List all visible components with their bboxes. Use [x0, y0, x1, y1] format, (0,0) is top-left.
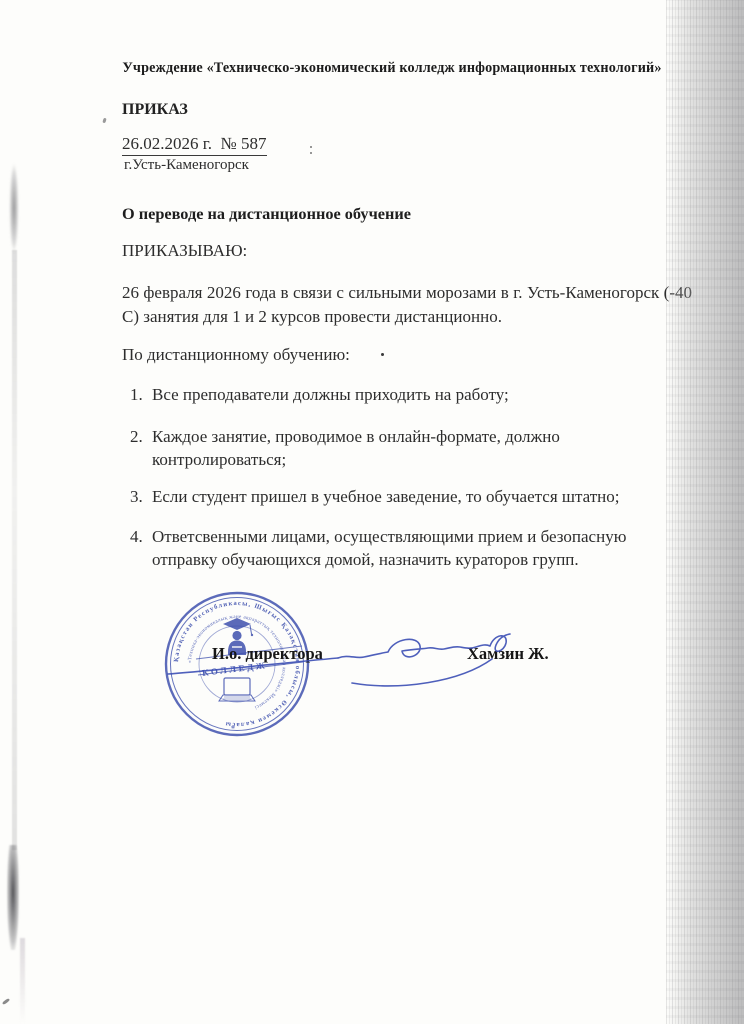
- order-word: ПРИКАЗЫВАЮ:: [122, 241, 247, 261]
- item-text: Каждое занятие, проводимое в онлайн-форм…: [152, 425, 582, 471]
- item-number: 2.: [130, 425, 152, 471]
- order-item-3: 3. Если студент пришел в учебное заведен…: [130, 485, 619, 508]
- scan-streak-left-bottom: [20, 938, 25, 1024]
- document-type-heading: ПРИКАЗ: [122, 101, 188, 119]
- order-item-4: 4. Ответсвенными лицами, осуществляющими…: [130, 525, 632, 571]
- list-intro: По дистанционному обучению:: [122, 345, 350, 365]
- signer-name: Хамзин Ж.: [467, 644, 549, 664]
- scan-speck: [310, 152, 312, 154]
- college-round-stamp: Қазақстан Республикасы, Шығыс Қазақстан …: [162, 589, 312, 739]
- scan-streak-left-lower: [7, 845, 19, 950]
- scanned-order-document: Учреждение «Техническо-экономический кол…: [0, 0, 744, 1024]
- order-subject: О переводе на дистанционное обучение: [122, 204, 411, 224]
- scan-speck: [381, 353, 384, 356]
- organization-title: Учреждение «Техническо-экономический кол…: [92, 60, 692, 77]
- order-item-2: 2. Каждое занятие, проводимое в онлайн-ф…: [130, 425, 582, 471]
- item-number: 1.: [130, 383, 152, 406]
- order-item-1: 1. Все преподаватели должны приходить на…: [130, 383, 509, 406]
- item-text: Если студент пришел в учебное заведение,…: [152, 485, 619, 508]
- item-text: Все преподаватели должны приходить на ра…: [152, 383, 509, 406]
- item-text: Ответсвенными лицами, осуществляющими пр…: [152, 525, 632, 571]
- scan-edge-shadow-right: [666, 0, 744, 1024]
- item-number: 3.: [130, 485, 152, 508]
- order-body-paragraph: 26 февраля 2026 года в связи с сильными …: [122, 281, 692, 329]
- scan-speck: [2, 998, 10, 1005]
- scan-speck: [102, 118, 106, 124]
- scan-streak-left-middle: [12, 250, 17, 850]
- signer-position: И.о. директора: [212, 644, 323, 664]
- laptop-icon: [219, 678, 255, 701]
- item-number: 4.: [130, 525, 152, 571]
- scan-speck: [310, 146, 312, 148]
- stamp-separator-star: *: [231, 724, 235, 733]
- city-line: г.Усть-Каменогорск: [124, 157, 249, 174]
- date-and-number: 26.02.2026 г. № 587: [122, 134, 267, 156]
